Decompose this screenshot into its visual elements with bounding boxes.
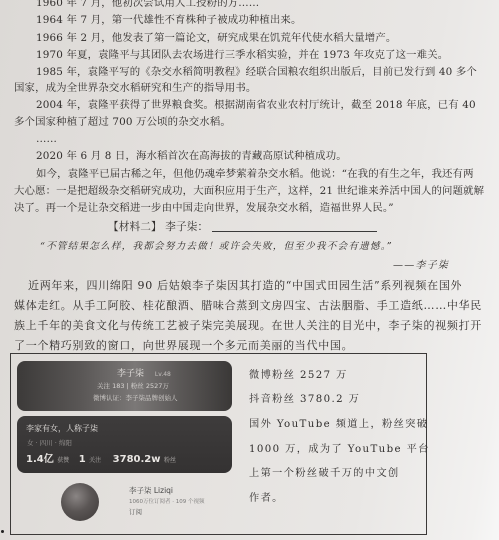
douyin-likes-value: 1.4亿 xyxy=(26,454,54,465)
youtube-channel-name: 李子柒 Liziqi xyxy=(129,485,173,496)
youtube-stat-2: 1000 万，成为了 YouTube 平台 xyxy=(249,440,430,455)
weibo-stats: 关注 183 | 粉丝 2527万 xyxy=(97,381,169,390)
timeline-1964: 1964 年 7 月，第一代雄性不育株种子被成功种植出来。 xyxy=(36,14,302,27)
material2-heading: 【材料二】 李子柒： xyxy=(108,221,377,234)
material2-heading-text: 【材料二】 李子柒： xyxy=(108,221,208,233)
weibo-name: 李子柒 Lv.48 xyxy=(117,366,171,379)
youtube-stat-4: 作者。 xyxy=(249,489,284,504)
yuan-quote-3: 决了。再一个是让杂交稻进一步由中国走向世界，发展杂交水稻，造福世界人民。” xyxy=(14,202,394,215)
yuan-quote-1: 如今，袁隆平已届古稀之年，但他仍魂牵梦萦着杂交水稻。他说：“在我的有生之年，我还… xyxy=(36,168,474,181)
bullet-dot xyxy=(1,530,4,533)
timeline-2020: 2020 年 6 月 8 日，海水稻首次在高海拔的青藏高原试种植成功。 xyxy=(36,150,347,163)
timeline-1960: 1960 年 7 月，他初次尝试用人工授粉的方…… xyxy=(36,0,259,10)
douyin-profile-card: 李家有女，人称子柒 女 · 四川 · 绵阳 1.4亿 获赞 1 关注 3780.… xyxy=(17,416,232,473)
subscribe-button[interactable]: 订阅 xyxy=(129,507,142,516)
douyin-following-value: 1 xyxy=(79,454,86,465)
liziqi-quote: “不管结果怎么样，我都会努力去做！或许会失败，但至少我不会有遗憾。” xyxy=(40,240,393,253)
douyin-title: 李家有女，人称子柒 xyxy=(26,423,98,434)
douyin-following-label: 关注 xyxy=(89,457,101,464)
exam-page: 1960 年 7 月，他初次尝试用人工授粉的方…… 1964 年 7 月，第一代… xyxy=(0,0,499,540)
material2-body-4: 了一个精巧别致的窗口，向世界展现一个多元而美丽的当代中国。 xyxy=(14,339,353,352)
douyin-fans-value: 3780.2w xyxy=(113,454,161,465)
social-media-figure: 李子柒 Lv.48 关注 183 | 粉丝 2527万 微博认证：李子柒品牌创始… xyxy=(10,353,427,535)
timeline-1966: 1966 年 2 月，他发表了第一篇论文，研究成果在饥荒年代使水稻大量增产。 xyxy=(36,32,396,45)
weibo-profile-card: 李子柒 Lv.48 关注 183 | 粉丝 2527万 微博认证：李子柒品牌创始… xyxy=(17,361,232,411)
douyin-fans-label: 粉丝 xyxy=(164,457,176,464)
avatar xyxy=(61,483,99,521)
answer-blank[interactable] xyxy=(212,231,377,232)
material2-body-2: 媒体走红。从手工阿胶、桂花酿酒、腊味合蒸到文房四宝、古法胭脂、手工造纸……中华民 xyxy=(14,299,482,312)
timeline-1985-cont: 国家，成为全世界杂交水稻研究和生产的指导用书。 xyxy=(14,82,256,95)
yuan-quote-2: 大心愿：一是把超级杂交稻研究成功，大面积应用于生产，这样，21 世纪谁来养活中国… xyxy=(14,185,484,198)
weibo-verification: 微博认证：李子柒品牌创始人 xyxy=(93,393,178,402)
douyin-meta: 女 · 四川 · 绵阳 xyxy=(27,438,72,447)
timeline-2004-cont: 多个国家种植了超过 700 万公顷的杂交水稻。 xyxy=(14,116,231,129)
timeline-2004: 2004 年，袁隆平获得了世界粮食奖。根据湖南省农业农村厅统计，截至 2018 … xyxy=(36,99,476,112)
timeline-1970: 1970 年夏，袁隆平与其团队去农场进行三季水稻实验，并在 1973 年攻克了这… xyxy=(36,49,448,62)
weibo-fans-stat: 微博粉丝 2527 万 xyxy=(249,366,348,381)
quote-attribution: ——李子柒 xyxy=(393,259,449,272)
youtube-subscribers: 1060万位订阅者 · 109 个视频 xyxy=(129,497,205,505)
douyin-likes-label: 获赞 xyxy=(57,457,69,464)
material2-body-3: 族上千年的美食文化与传统工艺被子柒完美展现。在世人关注的目光中，李子柒的视频打开 xyxy=(14,319,482,332)
weibo-level-badge: Lv.48 xyxy=(155,371,171,378)
youtube-stat-3: 上第一个粉丝破千万的中文创 xyxy=(249,464,400,479)
ellipsis: …… xyxy=(36,133,57,146)
youtube-channel-card: 李子柒 Liziqi 1060万位订阅者 · 109 个视频 订阅 xyxy=(17,479,232,531)
timeline-1985: 1985 年，袁隆平写的《杂交水稻简明教程》经联合国粮农组织出版后，目前已发行到… xyxy=(36,66,477,79)
douyin-stats: 1.4亿 获赞 1 关注 3780.2w 粉丝 xyxy=(26,450,176,465)
material2-body-1: 近两年来，四川绵阳 90 后姑娘李子柒因其打造的“中国式田园生活”系列视频在国外 xyxy=(28,279,462,292)
douyin-fans-stat: 抖音粉丝 3780.2 万 xyxy=(249,390,360,405)
youtube-stat-1: 国外 YouTube 频道上，粉丝突破 xyxy=(249,415,428,430)
